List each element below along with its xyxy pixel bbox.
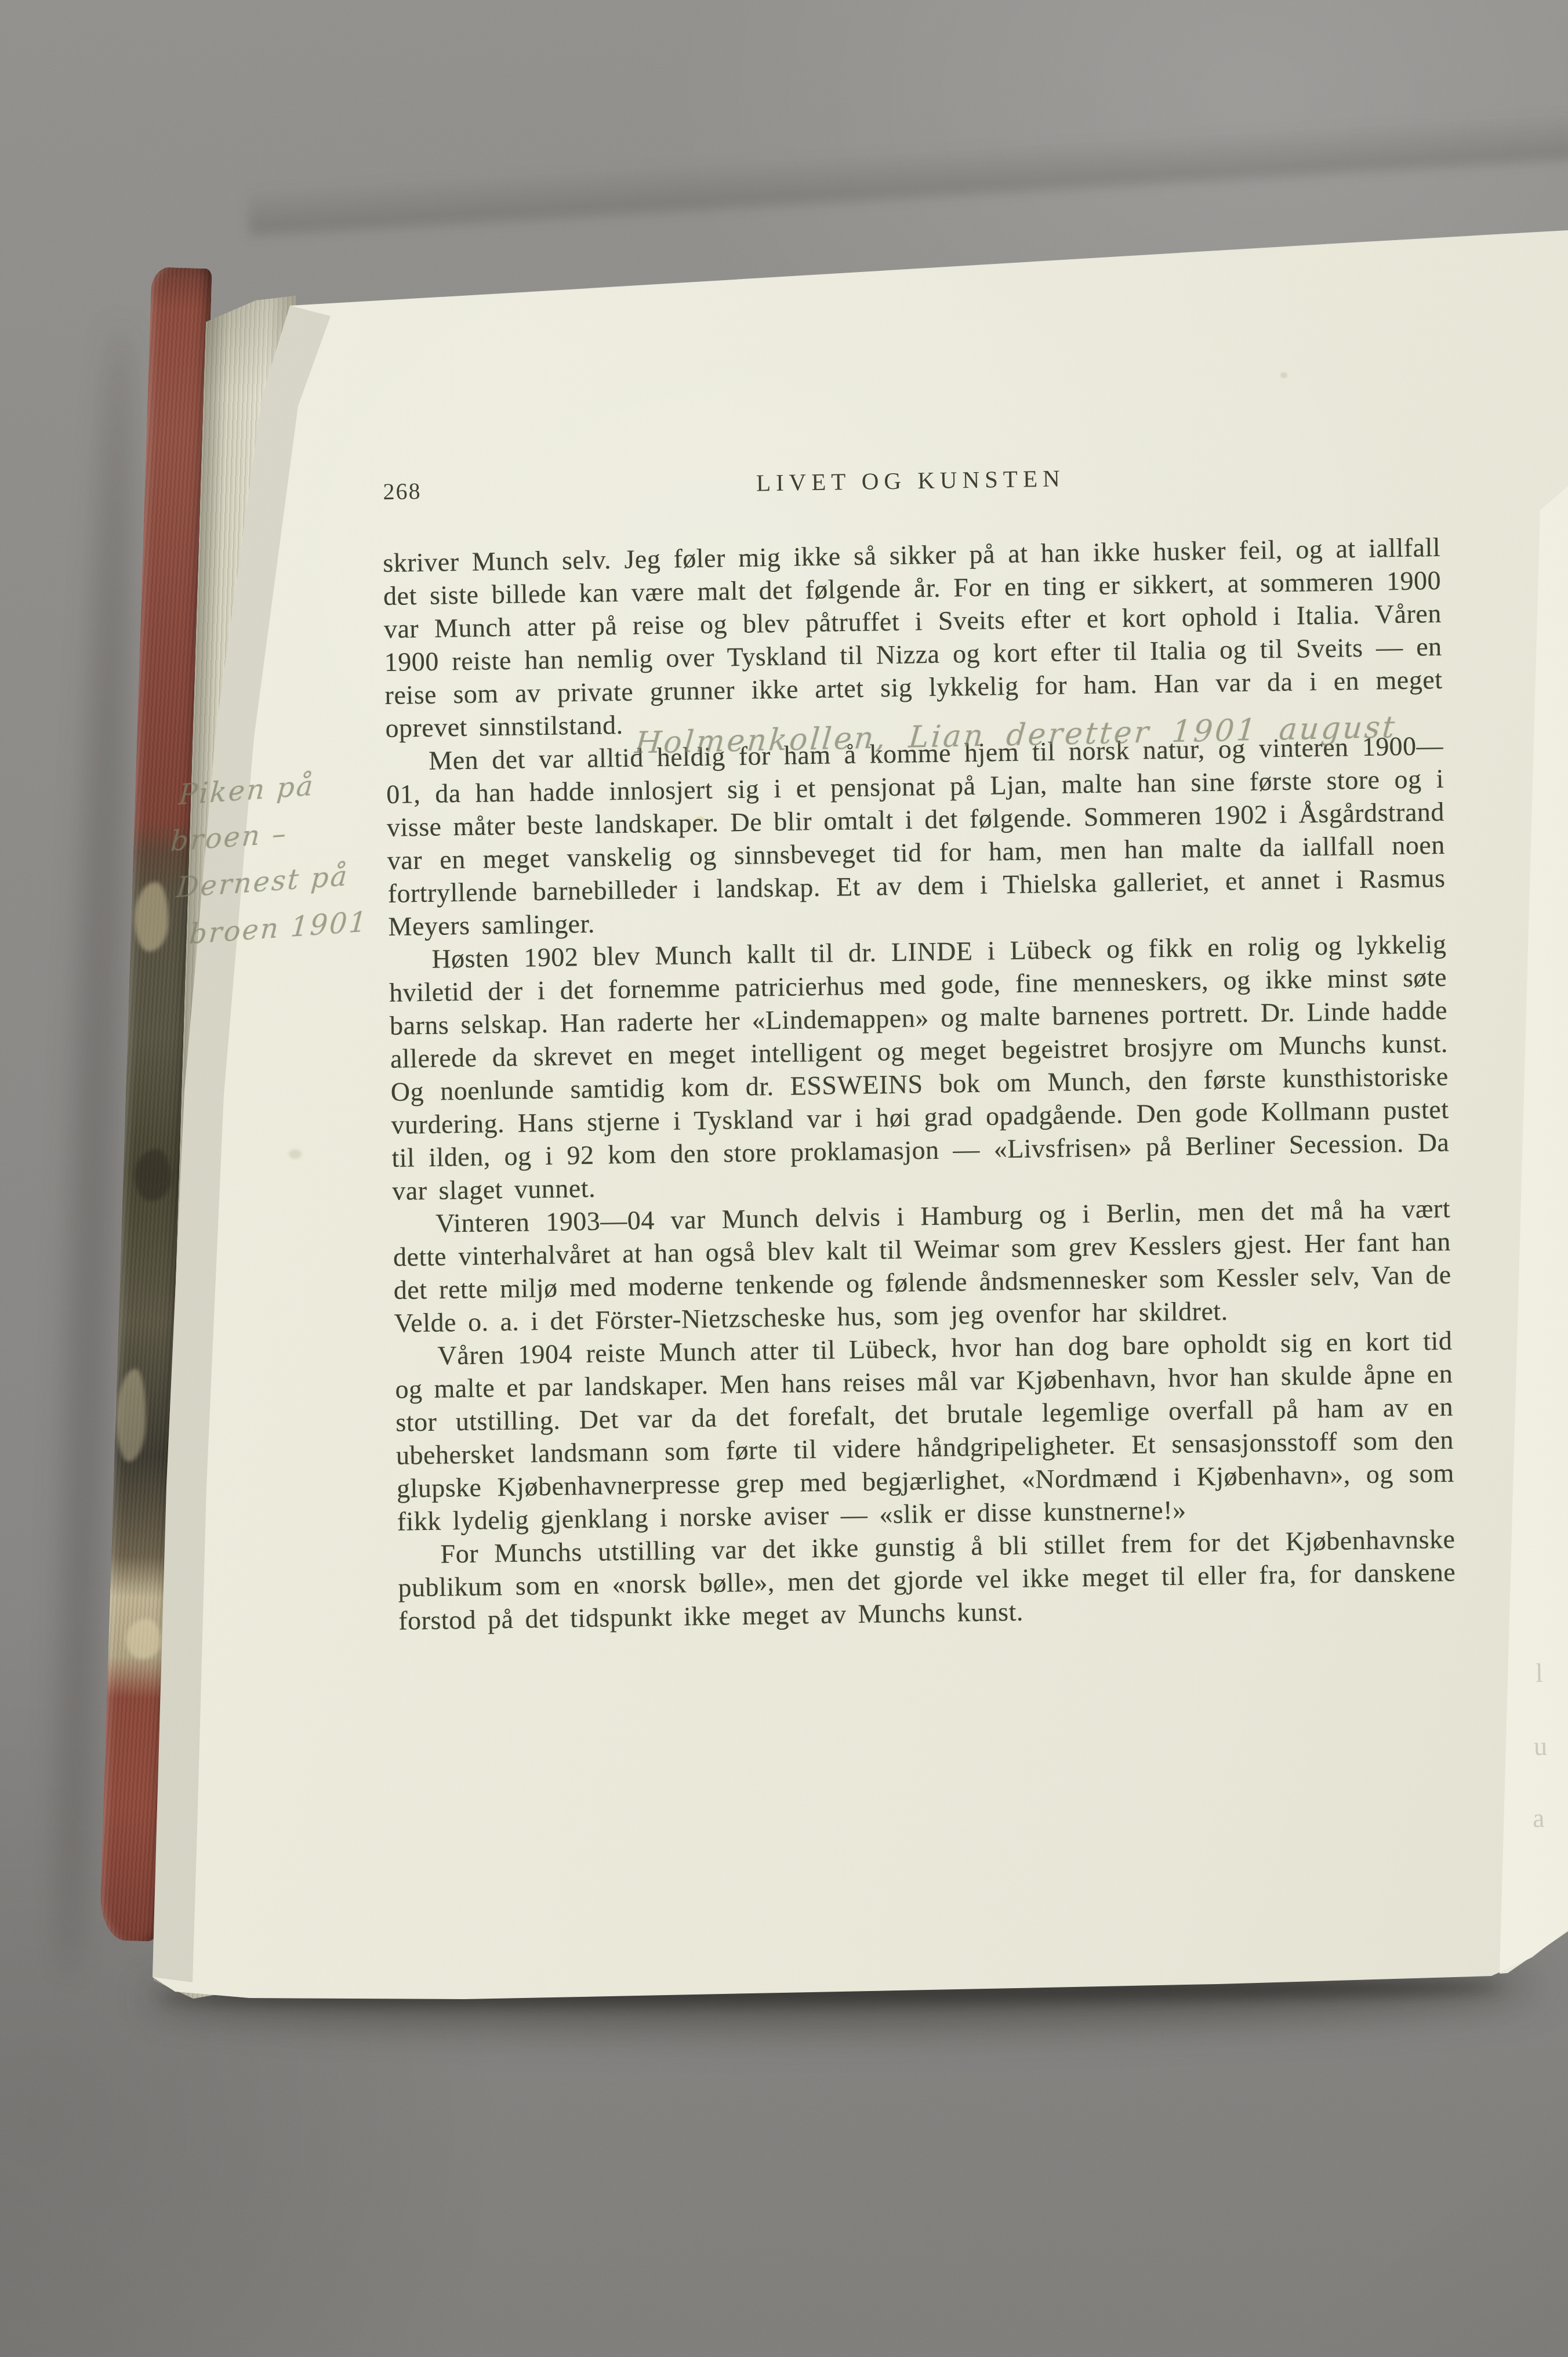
printed-text-block: 268 LIVET OG KUNSTEN skriver Munch selv.… (382, 459, 1457, 1637)
paragraph: Høsten 1902 blev Munch kallt til dr. LIN… (389, 927, 1450, 1207)
spine-wear-patch (125, 1618, 161, 1660)
pencil-annotation-margin: Piken på broen – Dernest på broen 1901 (179, 764, 387, 950)
spine-wear-patch (134, 1148, 172, 1202)
show-through-letter: a (1533, 1803, 1545, 1833)
body-text: skriver Munch selv. Jeg føler mig ikke s… (383, 531, 1457, 1637)
spine-wear-patch (115, 1368, 147, 1462)
show-through-letter: l (1536, 1658, 1544, 1688)
show-through-letter: u (1534, 1731, 1548, 1761)
spine-wear-patch (134, 882, 170, 952)
paragraph: For Munchs utstilling var det ikke gunst… (397, 1522, 1456, 1637)
paragraph: Vinteren 1903—04 var Munch delvis i Hamb… (393, 1192, 1452, 1340)
paragraph: Våren 1904 reiste Munch atter til Lübeck… (394, 1324, 1455, 1538)
paragraph: Men det var alltid heldig for ham å komm… (386, 729, 1446, 943)
